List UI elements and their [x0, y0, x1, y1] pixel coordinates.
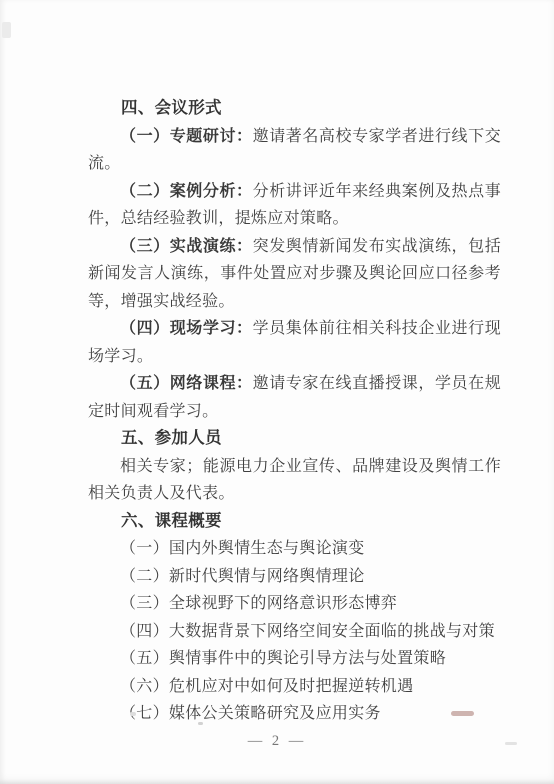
item-label: （一）专题研讨：	[120, 128, 253, 145]
course-outline-item-2: （二）新时代舆情与网络舆情理论	[88, 563, 501, 591]
course-outline-item-7: （七）媒体公关策略研究及应用实务	[88, 700, 501, 728]
item-label: （五）网络课程：	[120, 375, 253, 392]
meeting-format-item-2: （二）案例分析：分析讲评近年来经典案例及热点事件，总结经验教训，提炼应对策略。	[88, 178, 501, 233]
item-label: （二）案例分析：	[120, 183, 253, 200]
document-page: 四、会议形式 （一）专题研讨：邀请著名高校专家学者进行线下交流。 （二）案例分析…	[0, 0, 554, 784]
section-heading-participants: 五、参加人员	[88, 425, 501, 453]
section-heading-course-outline: 六、课程概要	[88, 508, 501, 536]
scan-artifact	[505, 742, 517, 745]
meeting-format-item-4: （四）现场学习：学员集体前往相关科技企业进行现场学习。	[88, 315, 501, 370]
course-outline-item-3: （三）全球视野下的网络意识形态博弈	[88, 590, 501, 618]
item-label: （四）现场学习：	[120, 320, 253, 337]
page-number: — 2 —	[0, 733, 554, 750]
meeting-format-item-1: （一）专题研讨：邀请著名高校专家学者进行线下交流。	[88, 123, 501, 178]
scan-artifact	[451, 711, 474, 716]
scan-edge-shadow	[0, 779, 554, 784]
scan-artifact	[2, 22, 11, 38]
document-body: 四、会议形式 （一）专题研讨：邀请著名高校专家学者进行线下交流。 （二）案例分析…	[88, 95, 501, 728]
course-outline-item-6: （六）危机应对中如何及时把握逆转机遇	[88, 673, 501, 701]
course-outline-item-1: （一）国内外舆情生态与舆论演变	[88, 535, 501, 563]
section-heading-meeting-format: 四、会议形式	[88, 95, 501, 123]
meeting-format-item-3: （三）实战演练：突发舆情新闻发布实战演练，包括新闻发言人演练，事件处置应对步骤及…	[88, 233, 501, 316]
course-outline-item-4: （四）大数据背景下网络空间安全面临的挑战与对策	[88, 618, 501, 646]
scan-artifact	[130, 712, 136, 716]
meeting-format-item-5: （五）网络课程：邀请专家在线直播授课，学员在规定时间观看学习。	[88, 370, 501, 425]
participants-text: 相关专家；能源电力企业宣传、品牌建设及舆情工作相关负责人及代表。	[88, 453, 501, 508]
course-outline-item-5: （五）舆情事件中的舆论引导方法与处置策略	[88, 645, 501, 673]
item-label: （三）实战演练：	[120, 238, 253, 255]
scan-artifact	[198, 722, 203, 725]
